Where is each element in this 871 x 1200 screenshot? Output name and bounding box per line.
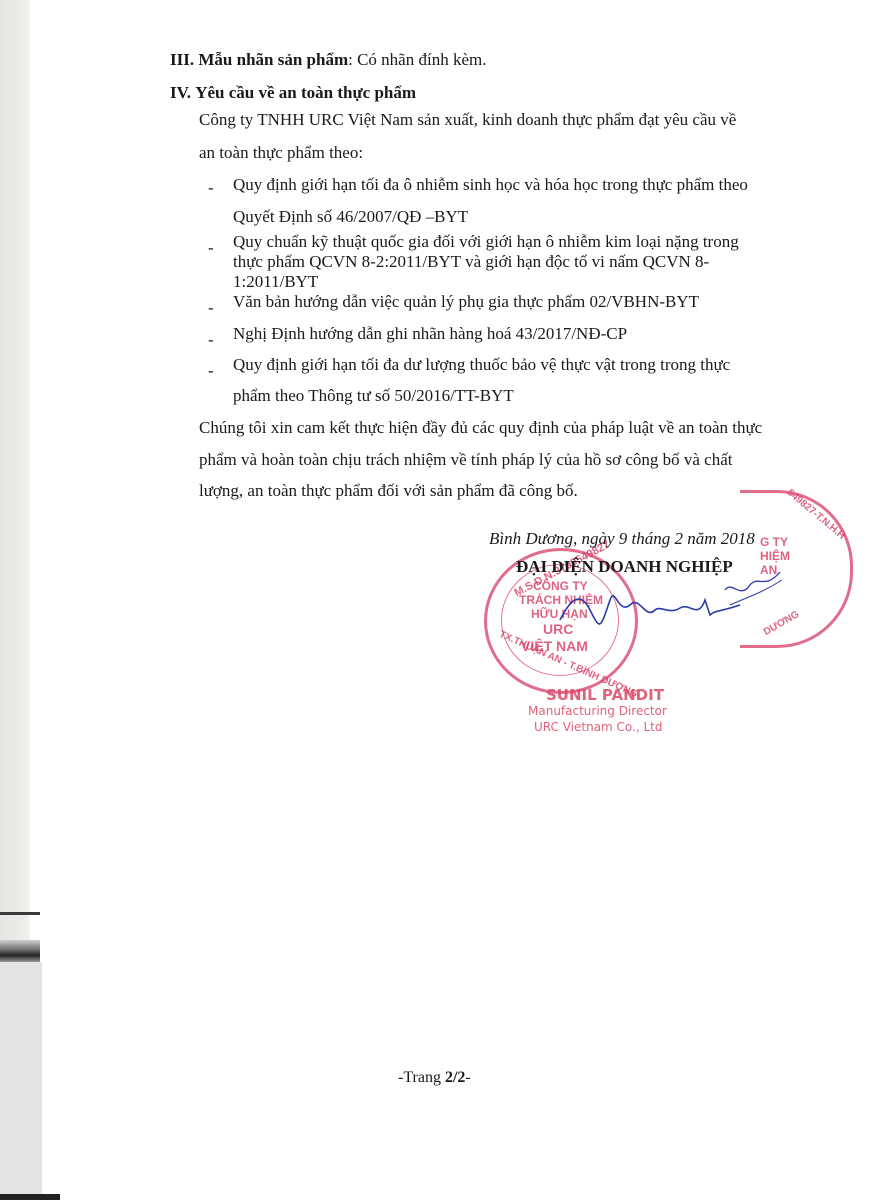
bullet-item: thực phẩm QCVN 8-2:2011/BYT và giới hạn … xyxy=(233,252,709,272)
bullet-marker: - xyxy=(208,238,214,258)
stamp-text: G TY xyxy=(760,535,788,549)
section-number: III. xyxy=(170,50,194,69)
place-date: Bình Dương, ngày 9 tháng 2 năm 2018 xyxy=(489,529,755,549)
bullet-item: Quyết Định số 46/2007/QĐ –BYT xyxy=(233,207,468,227)
commitment-line: phẩm và hoàn toàn chịu trách nhiệm về tí… xyxy=(199,450,732,470)
page-suffix: - xyxy=(465,1069,470,1086)
signer-company: URC Vietnam Co., Ltd xyxy=(534,720,663,734)
bullet-marker: - xyxy=(208,178,214,198)
section-3-heading: III. Mẫu nhãn sản phẩm: Có nhãn đính kèm… xyxy=(170,50,486,70)
intro-line: an toàn thực phẩm theo: xyxy=(199,143,363,163)
bullet-item: phẩm theo Thông tư số 50/2016/TT-BYT xyxy=(233,386,514,406)
commitment-line: Chúng tôi xin cam kết thực hiện đầy đủ c… xyxy=(199,418,762,438)
section-number: IV. xyxy=(170,83,191,102)
bullet-item: Nghị Định hướng dẫn ghi nhãn hàng hoá 43… xyxy=(233,324,627,344)
bullet-item: 1:2011/BYT xyxy=(233,272,318,292)
commitment-line: lượng, an toàn thực phẩm đối với sản phẩ… xyxy=(199,481,578,501)
section-4-heading: IV. Yêu cầu về an toàn thực phẩm xyxy=(170,83,416,103)
stamp-text: 549827-T.N.H.H xyxy=(785,487,847,542)
scan-artifact xyxy=(0,940,40,962)
signer-name: SUNIL PANDIT xyxy=(546,686,664,704)
bullet-item: Quy định giới hạn tối đa ô nhiễm sinh họ… xyxy=(233,175,748,195)
bullet-item: Văn bản hướng dẫn việc quản lý phụ gia t… xyxy=(233,292,699,312)
scan-artifact xyxy=(0,962,42,1194)
page-number: -Trang 2/2- xyxy=(398,1068,471,1088)
bullet-marker: - xyxy=(208,330,214,350)
bullet-marker: - xyxy=(208,361,214,381)
page-prefix: -Trang xyxy=(398,1069,445,1086)
intro-line: Công ty TNHH URC Việt Nam sản xuất, kinh… xyxy=(199,110,736,130)
page-count: 2/2 xyxy=(445,1069,465,1086)
scan-artifact xyxy=(0,912,40,915)
section-title: Mẫu nhãn sản phẩm xyxy=(198,50,348,69)
scan-edge xyxy=(0,0,30,1200)
section-title: Yêu cầu về an toàn thực phẩm xyxy=(195,83,416,102)
bullet-item: Quy chuẩn kỹ thuật quốc gia đối với giới… xyxy=(233,232,739,252)
bullet-marker: - xyxy=(208,298,214,318)
bullet-item: Quy định giới hạn tối đa dư lượng thuốc … xyxy=(233,355,730,375)
scan-artifact xyxy=(0,1194,60,1200)
signer-position: Manufacturing Director xyxy=(528,704,667,718)
section-text: : Có nhãn đính kèm. xyxy=(348,50,486,69)
signature-ink xyxy=(540,560,790,640)
